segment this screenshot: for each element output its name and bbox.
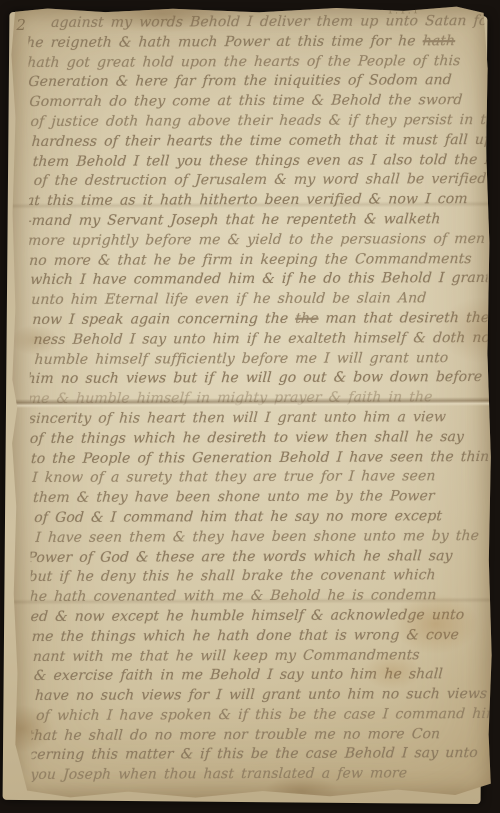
manuscript-line: I know of a surety that they are true fo… — [31, 467, 489, 489]
manuscript-line: of God & I command him that he say no mo… — [34, 507, 490, 529]
manuscript-line: he hath covenanted with me & Behold he i… — [29, 586, 490, 608]
manuscript-line: hath got great hold upon the hearts of t… — [28, 52, 488, 74]
manuscript-line: which I have commanded him & if he do th… — [30, 269, 489, 291]
manuscript-line: he reigneth & hath much Power at this ti… — [28, 32, 487, 54]
manuscript-lines: against my words Behold I deliver them u… — [28, 12, 489, 794]
manuscript-line: Gomorrah do they come at this time & Beh… — [29, 91, 488, 113]
manuscript-line: now I speak again concerning the the man… — [32, 309, 489, 331]
manuscript-line: to the People of this Generation Behold … — [30, 447, 489, 469]
manuscript-line: me the things which he hath done that is… — [31, 626, 490, 648]
manuscript-line: them Behold I tell you these things even… — [32, 151, 488, 173]
manuscript-line: unto him Eternal life even if he should … — [31, 289, 489, 311]
manuscript-line: hardness of their hearts the time cometh… — [31, 131, 488, 153]
manuscript-line: more uprightly before me & yield to the … — [28, 230, 488, 252]
manuscript-line: of which I have spoken & if this be the … — [35, 705, 489, 727]
manuscript-line: humble himself sufficiently before me I … — [34, 349, 489, 371]
manuscript-line: of the destruction of Jerusalem & my wor… — [33, 170, 488, 192]
manuscript-line: -mand my Servant Joseph that he repentet… — [28, 210, 488, 232]
manuscript-line: & exercise faith in me Behold I say unto… — [33, 665, 489, 687]
manuscript-line: sincerity of his heart then will I grant… — [28, 408, 489, 430]
manuscript-line: them & they have been shone unto me by t… — [32, 487, 489, 509]
manuscript-line: but if he deny this he shall brake the c… — [28, 566, 489, 588]
manuscript-line: of justice doth hang above their heads &… — [30, 111, 488, 133]
manuscript-line: Power of God & these are the words which… — [28, 546, 489, 568]
manuscript-line: ed & now except he humble himself & ackn… — [30, 606, 490, 628]
manuscript-line: that he shall do no more nor trouble me … — [28, 725, 489, 747]
struck-word: the — [295, 311, 319, 327]
struck-word: hath — [422, 33, 455, 49]
manuscript-line: at this time as it hath hitherto been ve… — [28, 190, 488, 212]
manuscript-line: no more & that he be firm in keeping the… — [28, 250, 488, 272]
photo-backdrop: { "document": { "page_number": "2", "hea… — [0, 0, 500, 813]
manuscript-line: you Joseph when thou hast translated a f… — [30, 764, 490, 786]
manuscript-line: against my words Behold I deliver them u… — [28, 12, 487, 34]
manuscript-line: nant with me that he will keep my Comman… — [32, 645, 490, 667]
page-number: 2 — [16, 16, 26, 34]
manuscript-page: 2 1.1.1 against my words Behold I delive… — [9, 5, 493, 800]
manuscript-line: cerning this matter & if this be the cas… — [29, 744, 490, 766]
manuscript-line: of the things which he desireth to view … — [29, 428, 489, 450]
manuscript-line: him no such views but if he will go out … — [28, 368, 489, 390]
manuscript-line: me & humble himself in mighty prayer & f… — [28, 388, 489, 410]
manuscript-line: ness Behold I say unto him if he exaltet… — [33, 329, 489, 351]
manuscript-line: I have seen them & they have been shone … — [35, 527, 490, 549]
manuscript-line: Generation & here far from the iniquitie… — [28, 71, 488, 93]
manuscript-line: have no such views for I will grant unto… — [34, 685, 489, 707]
